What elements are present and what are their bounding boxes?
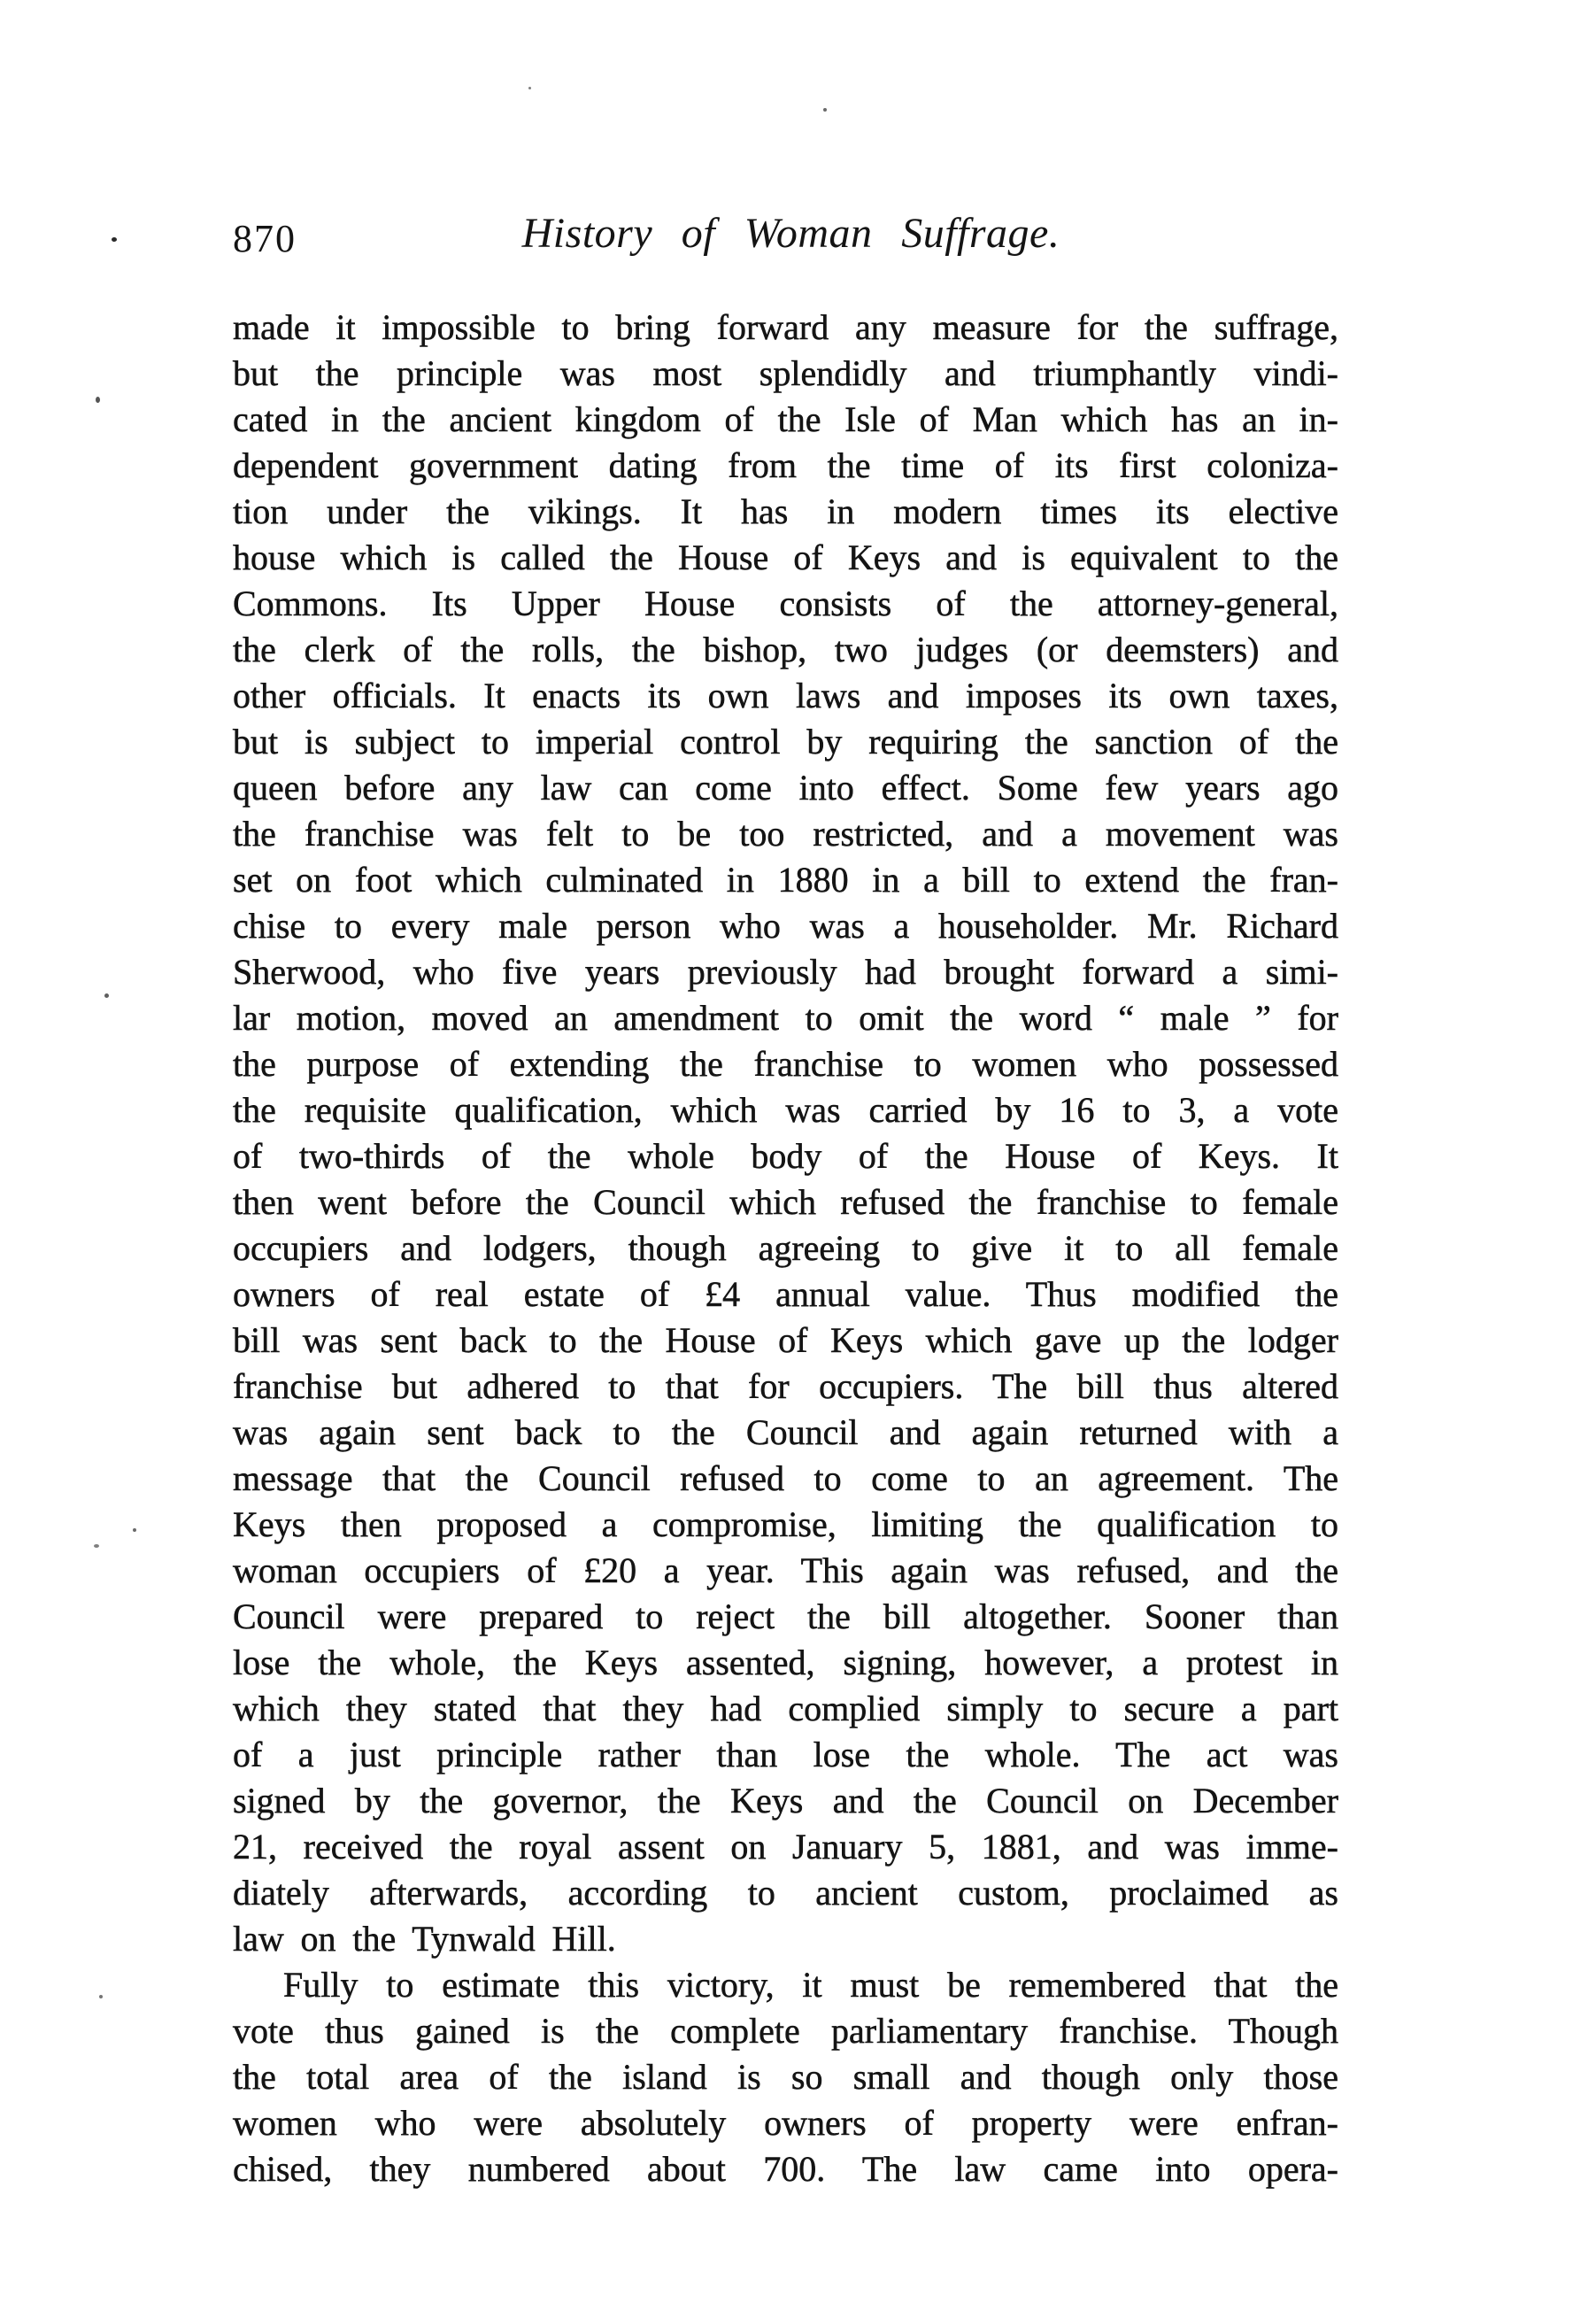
scan-speck [112,237,117,242]
text-line-p2-2: vote thus gained is the complete parliam… [233,2008,1338,2054]
text-line-p1-26: message that the Council refused to come… [233,1456,1338,1502]
text-line-p1-32: of a just principle rather than lose the… [233,1732,1338,1778]
text-line-p2-5: chised, they numbered about 700. The law… [233,2146,1338,2192]
text-line-p1-2: but the principle was most splendidly an… [233,351,1338,397]
text-line-p1-8: the clerk of the rolls, the bishop, two … [233,627,1338,673]
text-line-p1-33: signed by the governor, the Keys and the… [233,1778,1338,1824]
page-header: 870 History of Woman Suffrage. [233,209,1338,259]
text-line-p1-20: then went before the Council which refus… [233,1179,1338,1225]
text-line-p1-3: cated in the ancient kingdom of the Isle… [233,397,1338,443]
text-line-p1-17: the purpose of extending the franchise t… [233,1041,1338,1087]
text-line-p1-21: occupiers and lodgers, though agreeing t… [233,1225,1338,1271]
text-line-p1-10: but is subject to imperial control by re… [233,719,1338,765]
text-line-p1-28: woman occupiers of £20 a year. This agai… [233,1548,1338,1594]
text-line-p1-4: dependent government dating from the tim… [233,443,1338,489]
text-line-p1-29: Council were prepared to reject the bill… [233,1594,1338,1640]
text-line-p1-1: made it impossible to bring forward any … [233,305,1338,351]
scan-speck [823,108,827,112]
text-line-p1-7: Commons. Its Upper House consists of the… [233,581,1338,627]
text-line-p1-5: tion under the vikings. It has in modern… [233,489,1338,535]
page-body: made it impossible to bring forward any … [233,305,1338,2192]
text-line-p1-9: other officials. It enacts its own laws … [233,673,1338,719]
text-line-p2-4: women who were absolutely owners of prop… [233,2100,1338,2146]
text-line-p1-19: of two-thirds of the whole body of the H… [233,1133,1338,1179]
scan-speck [104,993,109,998]
scan-speck [528,87,531,89]
scan-speck [94,1544,99,1548]
text-line-p1-16: lar motion, moved an amendment to omit t… [233,995,1338,1041]
text-line-p1-18: the requisite qualification, which was c… [233,1087,1338,1133]
text-line-p1-34: 21, received the royal assent on January… [233,1824,1338,1870]
scan-speck [133,1528,136,1532]
text-line-p1-35: diately afterwards, according to ancient… [233,1870,1338,1916]
text-line-p1-11: queen before any law can come into effec… [233,765,1338,811]
text-line-p1-13: set on foot which culminated in 1880 in … [233,857,1338,903]
scan-speck [99,1995,103,1998]
text-line-p1-23: bill was sent back to the House of Keys … [233,1318,1338,1364]
text-line-p2-3: the total area of the island is so small… [233,2054,1338,2100]
scan-speck [96,397,100,403]
text-line-p1-14: chise to every male person who was a hou… [233,903,1338,949]
text-line-p1-25: was again sent back to the Council and a… [233,1410,1338,1456]
text-line-p1-36: law on the Tynwald Hill. [233,1916,1338,1962]
text-line-p1-15: Sherwood, who five years previously had … [233,949,1338,995]
running-title: History of Woman Suffrage. [233,209,1338,258]
text-line-p2-1: Fully to estimate this victory, it must … [233,1962,1338,2008]
text-line-p1-24: franchise but adhered to that for occupi… [233,1364,1338,1410]
text-line-p1-27: Keys then proposed a compromise, limitin… [233,1502,1338,1548]
text-line-p1-31: which they stated that they had complied… [233,1686,1338,1732]
page-number: 870 [233,216,297,261]
text-line-p1-6: house which is called the House of Keys … [233,535,1338,581]
text-line-p1-22: owners of real estate of £4 annual value… [233,1271,1338,1318]
text-line-p1-30: lose the whole, the Keys assented, signi… [233,1640,1338,1686]
text-line-p1-12: the franchise was felt to be too restric… [233,811,1338,857]
book-page: 870 History of Woman Suffrage. made it i… [0,0,1596,2311]
